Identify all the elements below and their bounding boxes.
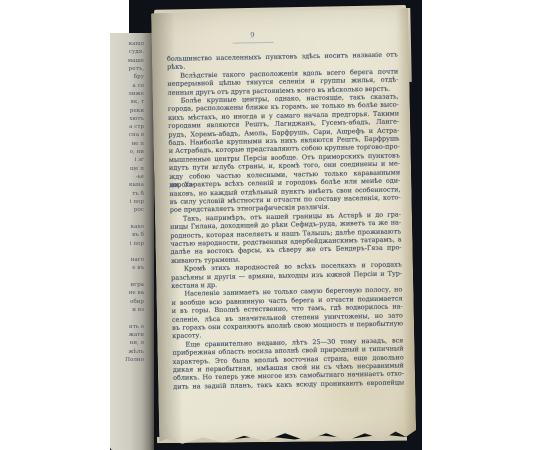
edge-fragment: игра — [114, 281, 144, 289]
edge-fragment: реки — [114, 107, 144, 115]
edge-fragment: а стр — [114, 123, 144, 131]
page-number: 9 — [237, 31, 267, 40]
edge-fragment: о, ни — [114, 148, 144, 156]
facing-page-edge: кащосудя.машеретъ,бруа солижеяк, трекихю… — [110, 33, 154, 450]
edge-fragment: -ье — [114, 173, 144, 181]
edge-fragment: въ б — [114, 231, 144, 239]
edge-fragment: ще п — [114, 165, 144, 173]
edge-fragment: ни, о — [114, 339, 144, 347]
book-photo: кащосудя.машеретъ,бруа солижеяк, трекихю… — [110, 0, 422, 450]
edge-fragment: а со — [114, 82, 144, 90]
edge-fragment: і пор — [114, 198, 144, 206]
edge-fragment: кахо — [114, 223, 144, 231]
edge-fragment: жѣлъ — [114, 348, 144, 356]
page-text: большинство населенныхъ пунктовъ здѣсь н… — [167, 50, 404, 391]
edge-fragment: кына — [114, 181, 144, 189]
edge-fragment: маше — [114, 57, 144, 65]
edge-fragment: не ва — [114, 289, 144, 297]
edge-fragment — [114, 381, 144, 389]
edge-fragment — [114, 364, 144, 372]
edge-fragment: Полно — [114, 356, 144, 364]
edge-fragment: як, т — [114, 98, 144, 106]
edge-fragment: і зг — [114, 156, 144, 164]
page-number-rule — [233, 42, 274, 44]
edge-fragment — [114, 373, 144, 381]
edge-fragment: бру — [114, 73, 144, 81]
edge-fragment: и вз — [114, 306, 144, 314]
edge-fragment: лиже — [114, 90, 144, 98]
edge-fragment: е въ — [114, 264, 144, 272]
edge-fragment — [114, 248, 144, 256]
edge-fragment: жатн — [114, 331, 144, 339]
edge-fragment: рос — [114, 206, 144, 214]
edge-fragment: ретъ, — [114, 65, 144, 73]
edge-fragment: тъ б — [114, 190, 144, 198]
edge-fragment — [114, 314, 144, 322]
edge-fragment: судя. — [114, 48, 144, 56]
edge-fragment: хютъ — [114, 115, 144, 123]
edge-fragment — [114, 273, 144, 281]
book-page: 9 большинство населенныхъ пунктовъ здѣсь… — [151, 8, 416, 445]
screenshot-canvas: кащосудя.машеретъ,бруа солижеяк, трекихю… — [0, 0, 550, 450]
edge-fragment: наго — [114, 256, 144, 264]
photo-crop-notch — [110, 0, 129, 33]
edge-fragment: нть о — [114, 323, 144, 331]
edge-fragment: не п — [114, 140, 144, 148]
edge-fragment — [114, 215, 144, 223]
edge-fragment: обир — [114, 298, 144, 306]
facing-page-fragments: кащосудя.машеретъ,бруа солижеяк, трекихю… — [114, 40, 144, 389]
edge-fragment: і пор — [114, 240, 144, 248]
edge-fragment: кащо — [114, 40, 144, 48]
edge-fragment: сна в — [114, 131, 144, 139]
